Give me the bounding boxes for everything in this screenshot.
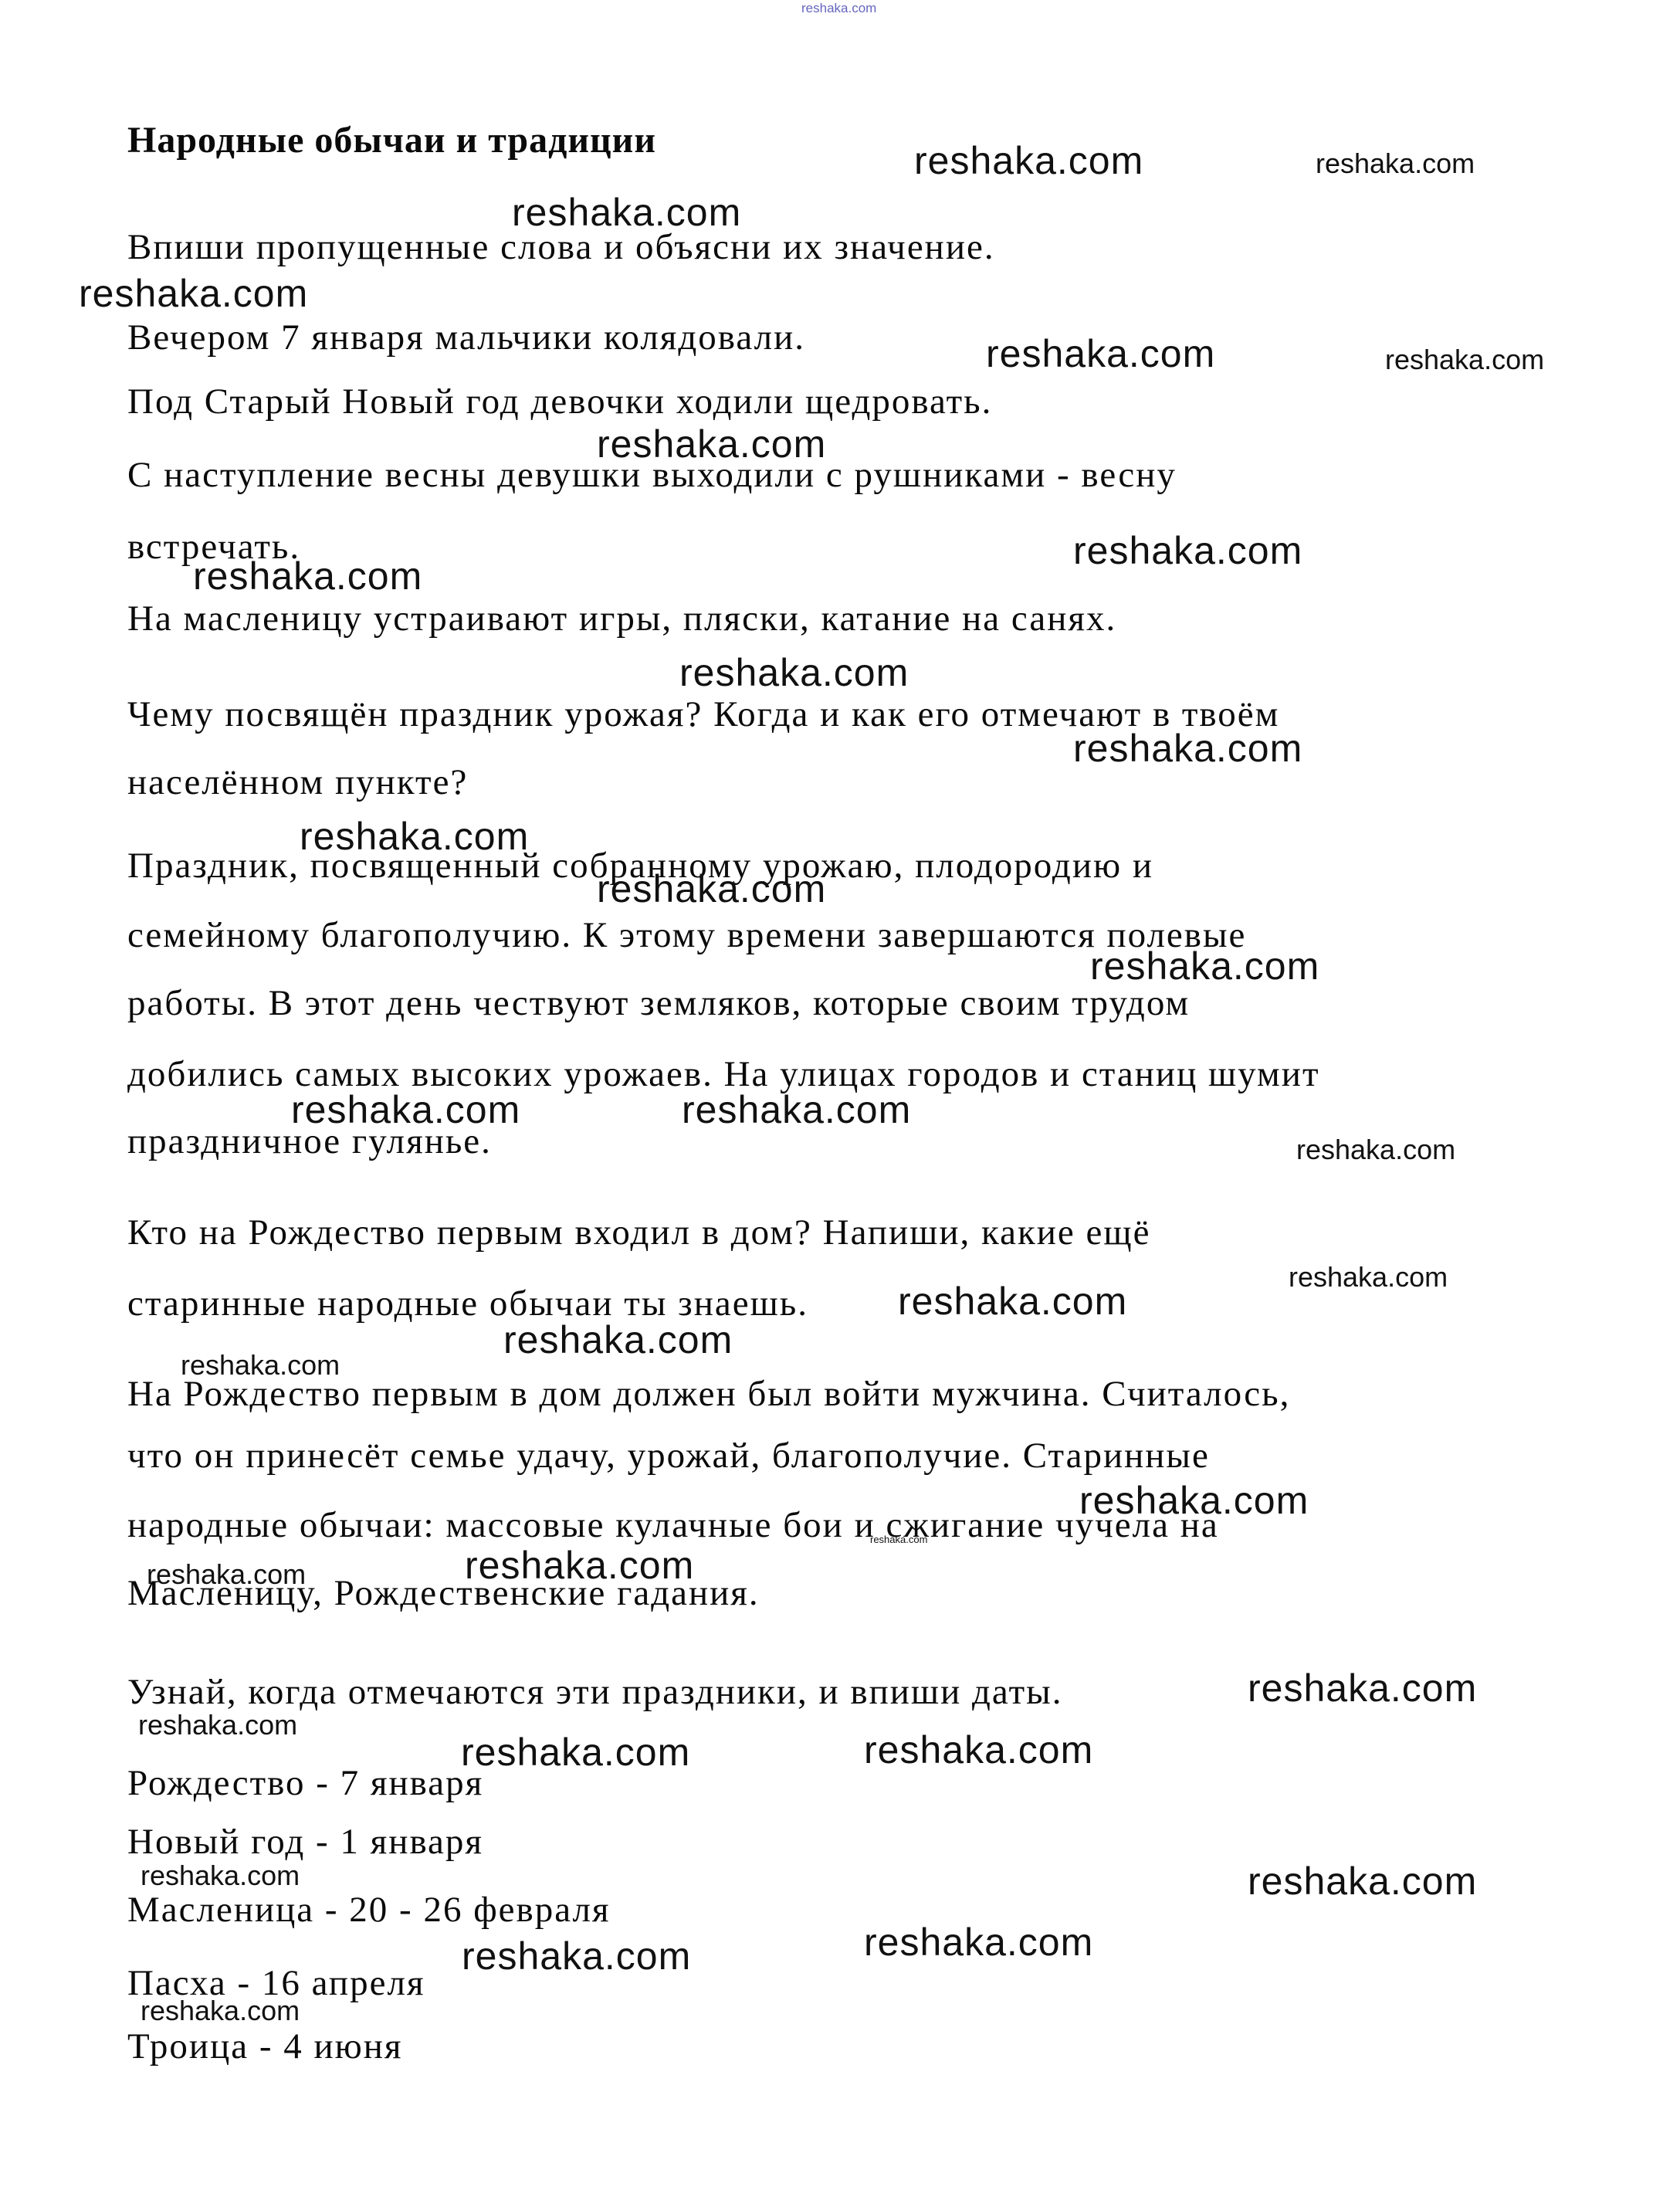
text-line: Впиши пропущенные слова и объясни их зна…	[127, 229, 995, 266]
watermark: reshaka.com	[986, 334, 1215, 373]
watermark: reshaka.com	[181, 1351, 340, 1379]
text-line: Новый год - 1 января	[127, 1824, 483, 1860]
text-line: народные обычаи: массовые кулачные бои и…	[127, 1507, 1219, 1544]
watermark: reshaka.com	[801, 2, 876, 15]
text-line: На масленицу устраивают игры, пляски, ка…	[127, 601, 1116, 637]
watermark: reshaka.com	[147, 1561, 306, 1588]
text-line: старинные народные обычаи ты знаешь.	[127, 1286, 808, 1322]
text-line: Троица - 4 июня	[127, 2029, 403, 2065]
watermark: reshaka.com	[503, 1321, 733, 1359]
text-line: населённом пункте?	[127, 765, 468, 801]
text-line: семейному благополучию. К этому времени …	[127, 917, 1246, 954]
watermark: reshaka.com	[864, 1731, 1093, 1769]
watermark: reshaka.com	[597, 870, 826, 908]
watermark: reshaka.com	[597, 425, 826, 463]
watermark: reshaka.com	[914, 141, 1143, 180]
watermark: reshaka.com	[461, 1733, 690, 1772]
watermark: reshaka.com	[1073, 729, 1302, 768]
text-line: Вечером 7 января мальчики колядовали.	[127, 320, 805, 356]
watermark: reshaka.com	[462, 1937, 691, 1975]
watermark: reshaka.com	[193, 557, 422, 595]
watermark: reshaka.com	[1289, 1263, 1448, 1291]
watermark: reshaka.com	[1248, 1862, 1477, 1900]
watermark: reshaka.com	[79, 274, 308, 313]
text-line: Рождество - 7 января	[127, 1765, 483, 1802]
watermark: reshaka.com	[465, 1546, 694, 1585]
watermark: reshaka.com	[291, 1090, 520, 1129]
watermark: reshaka.com	[1316, 150, 1475, 178]
watermark: reshaka.com	[1385, 346, 1544, 374]
watermark: reshaka.com	[1079, 1481, 1309, 1520]
watermark: reshaka.com	[141, 1997, 300, 2025]
text-line: работы. В этот день чествуют земляков, к…	[127, 985, 1190, 1022]
watermark: reshaka.com	[1296, 1136, 1455, 1164]
watermark: reshaka.com	[1248, 1669, 1477, 1707]
watermark: reshaka.com	[682, 1090, 911, 1129]
page-title: Народные обычаи и традиции	[127, 122, 656, 159]
watermark: reshaka.com	[679, 653, 909, 692]
watermark: reshaka.com	[898, 1282, 1127, 1321]
watermark: reshaka.com	[1090, 947, 1319, 985]
watermark: reshaka.com	[300, 817, 529, 856]
scanned-document-page: Народные обычаи и традиции Впиши пропуще…	[0, 0, 1680, 2197]
text-line: Под Старый Новый год девочки ходили щедр…	[127, 384, 992, 420]
text-line: На Рождество первым в дом должен был вой…	[127, 1376, 1290, 1412]
text-line: Масленица - 20 - 26 февраля	[127, 1892, 611, 1928]
watermark: reshaka.com	[870, 1534, 927, 1544]
text-line: Узнай, когда отмечаются эти праздники, и…	[127, 1674, 1062, 1710]
watermark: reshaka.com	[512, 193, 741, 232]
text-line: Кто на Рождество первым входил в дом? На…	[127, 1215, 1150, 1251]
watermark: reshaka.com	[1073, 531, 1302, 570]
text-line: добились самых высоких урожаев. На улица…	[127, 1056, 1320, 1093]
watermark: reshaka.com	[138, 1711, 297, 1739]
watermark: reshaka.com	[864, 1923, 1093, 1961]
text-line: что он принесёт семье удачу, урожай, бла…	[127, 1438, 1210, 1474]
watermark: reshaka.com	[141, 1862, 300, 1890]
